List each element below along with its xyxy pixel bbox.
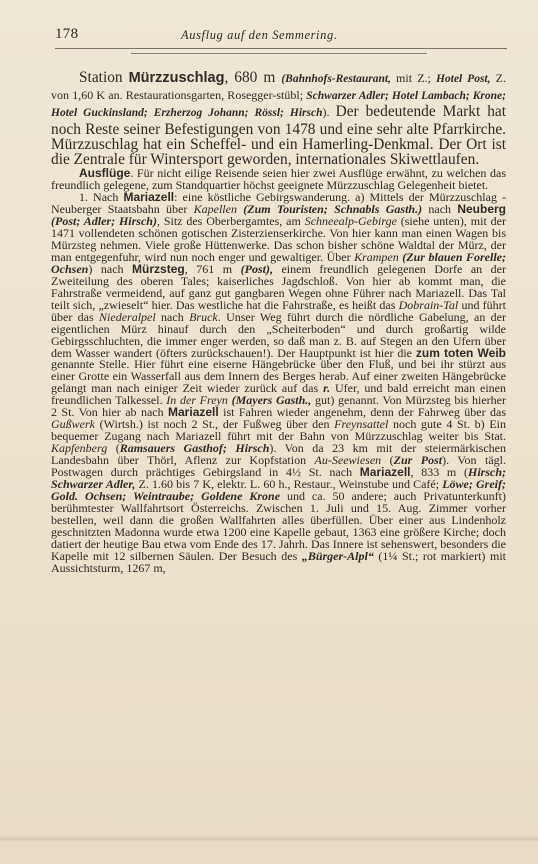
paragraph: Ausflüge. Für nicht eilige Reisende seie… bbox=[51, 168, 506, 192]
running-title: Ausflug auf den Semmering. bbox=[181, 28, 338, 43]
text-run: Station bbox=[79, 69, 129, 86]
page-number: 178 bbox=[55, 26, 78, 43]
text-run: mit Z.; bbox=[391, 71, 436, 85]
text-run: , 680 m bbox=[224, 69, 281, 86]
book-page: 178 Ausflug auf den Semmering. Station M… bbox=[51, 22, 506, 44]
header-rule bbox=[55, 48, 507, 49]
lodging-name: Hotel Post, bbox=[436, 73, 491, 85]
paragraph: 1. Nach Mariazell: eine köstliche Gebirg… bbox=[51, 192, 506, 575]
lodging-name: „Bürger-Alpl“ bbox=[302, 549, 374, 563]
lodging-name: (Bahnhofs-Restaurant, bbox=[281, 73, 391, 85]
page-body: Station Mürzzuschlag, 680 m (Bahnhofs-Re… bbox=[51, 70, 506, 575]
station-paragraph: Station Mürzzuschlag, 680 m (Bahnhofs-Re… bbox=[51, 70, 506, 167]
text-run: ). bbox=[322, 105, 335, 119]
excursions-section: Ausflüge. Für nicht eilige Reisende seie… bbox=[51, 168, 506, 574]
header-rule-secondary bbox=[131, 53, 427, 54]
place-name: Mürzzuschlag bbox=[129, 70, 225, 86]
page-header: 178 Ausflug auf den Semmering. bbox=[51, 22, 506, 44]
page-edge-shadow bbox=[0, 836, 538, 842]
